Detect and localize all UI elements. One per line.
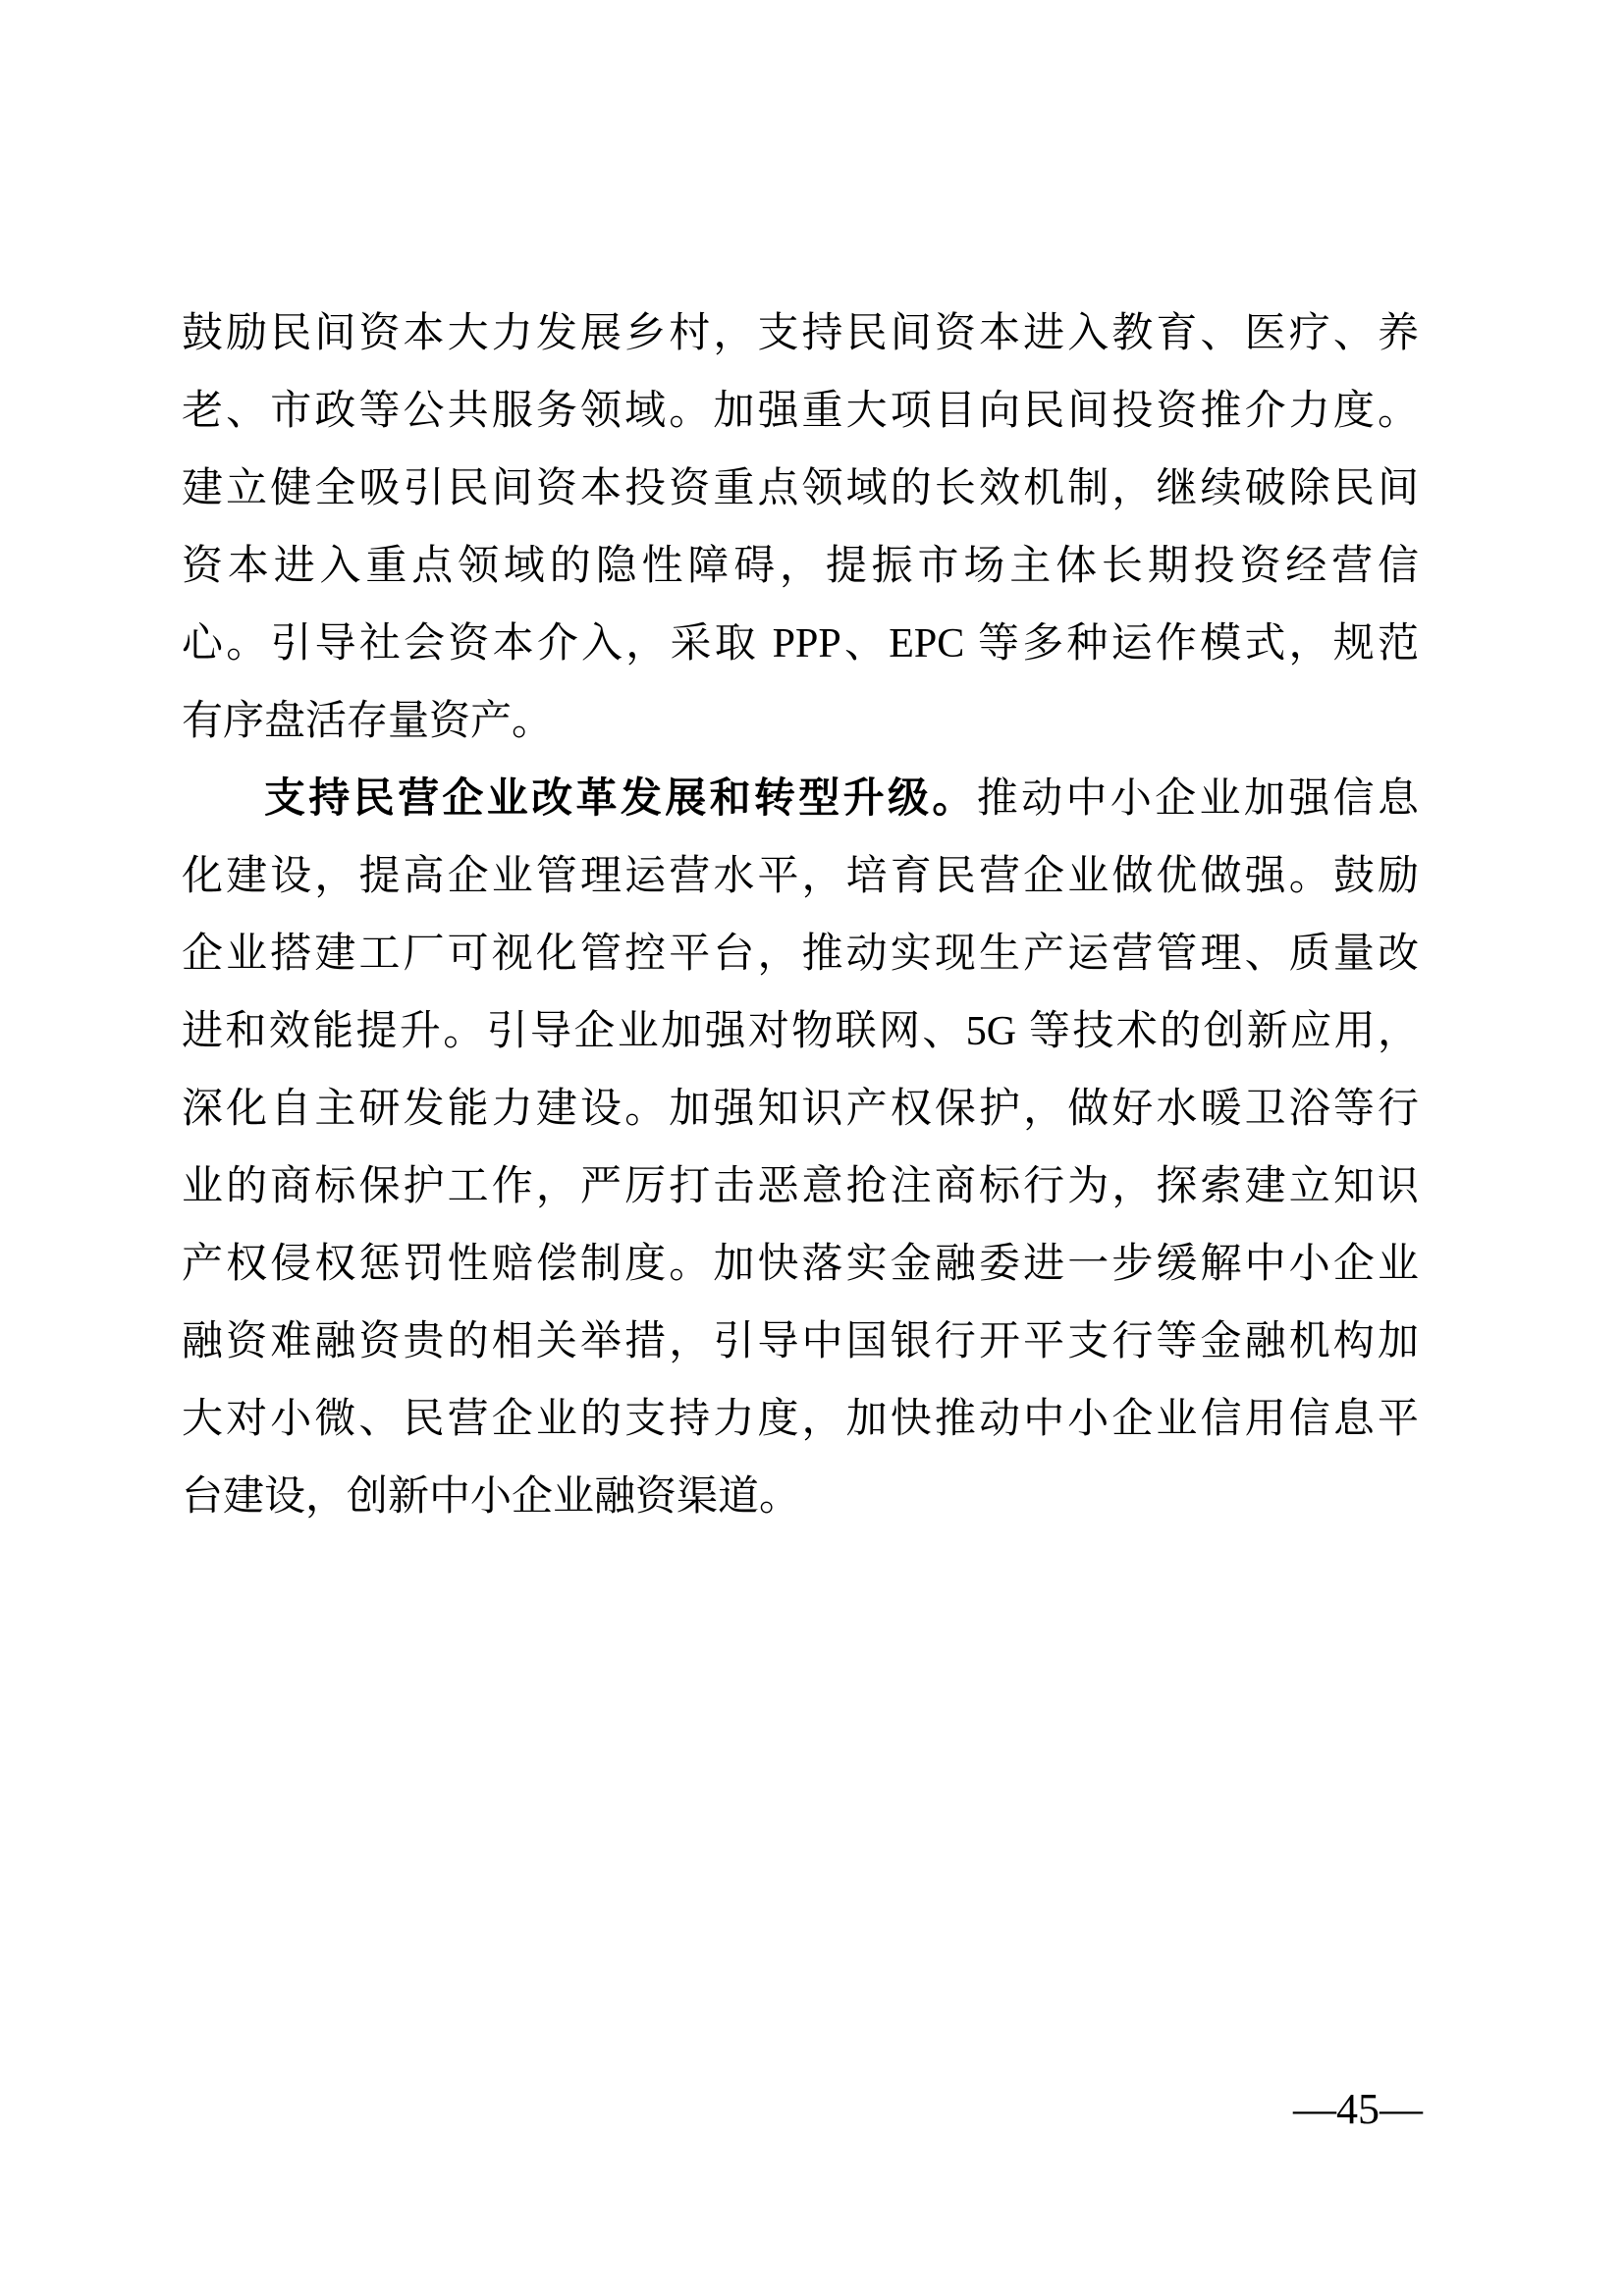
- text-line-15: 大对小微、民营企业的支持力度，加快推动中小企业信用信息平: [182, 1381, 1419, 1459]
- text-line-14: 融资难融资贵的相关举措，引导中国银行开平支行等金融机构加: [182, 1304, 1419, 1381]
- text-line-5: 心。引导社会资本介入，采取 PPP、EPC 等多种运作模式，规范: [182, 606, 1419, 683]
- text-line-7: 支持民营企业改革发展和转型升级。推动中小企业加强信息: [182, 761, 1419, 838]
- text-line-3: 建立健全吸引民间资本投资重点领域的长效机制，继续破除民间: [182, 451, 1419, 528]
- text-line-10: 进和效能提升。引导企业加强对物联网、5G 等技术的创新应用，: [182, 993, 1419, 1071]
- paragraph-1: 鼓励民间资本大力发展乡村，支持民间资本进入教育、医疗、养 老、市政等公共服务领域…: [182, 295, 1419, 761]
- paragraph-2-heading: 支持民营企业改革发展和转型升级。: [264, 776, 977, 822]
- text-line-8: 化建设，提高企业管理运营水平，培育民营企业做优做强。鼓励: [182, 838, 1419, 916]
- text-line-1: 鼓励民间资本大力发展乡村，支持民间资本进入教育、医疗、养: [182, 295, 1419, 373]
- text-line-12: 业的商标保护工作，严厉打击恶意抢注商标行为，探索建立知识: [182, 1148, 1419, 1226]
- paragraph-2: 支持民营企业改革发展和转型升级。推动中小企业加强信息 化建设，提高企业管理运营水…: [182, 761, 1419, 1536]
- text-line-2: 老、市政等公共服务领域。加强重大项目向民间投资推介力度。: [182, 373, 1419, 451]
- text-line-11: 深化自主研发能力建设。加强知识产权保护，做好水暖卫浴等行: [182, 1071, 1419, 1148]
- document-page: 鼓励民间资本大力发展乡村，支持民间资本进入教育、医疗、养 老、市政等公共服务领域…: [0, 0, 1624, 2296]
- text-line-6: 有序盘活存量资产。: [182, 683, 1419, 761]
- paragraph-2-first-line-rest: 推动中小企业加强信息: [977, 776, 1419, 822]
- text-block: 鼓励民间资本大力发展乡村，支持民间资本进入教育、医疗、养 老、市政等公共服务领域…: [182, 295, 1419, 1536]
- text-line-4: 资本进入重点领域的隐性障碍，提振市场主体长期投资经营信: [182, 528, 1419, 606]
- page-number: —45—: [1284, 2087, 1432, 2132]
- text-line-9: 企业搭建工厂可视化管控平台，推动实现生产运营管理、质量改: [182, 916, 1419, 993]
- text-line-13: 产权侵权惩罚性赔偿制度。加快落实金融委进一步缓解中小企业: [182, 1226, 1419, 1304]
- text-line-16: 台建设，创新中小企业融资渠道。: [182, 1459, 1419, 1536]
